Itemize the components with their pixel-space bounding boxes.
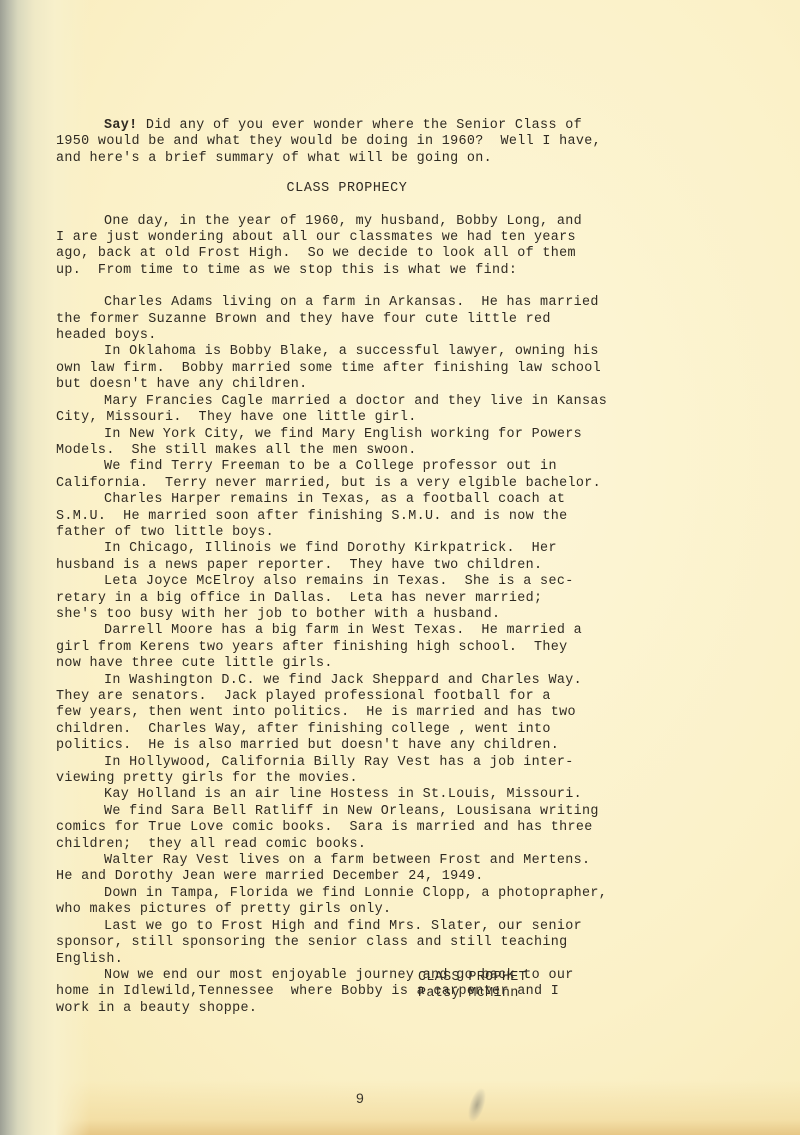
prophecy-paragraph: Kay Holland is an air line Hostess in St… bbox=[56, 787, 676, 803]
prophecy-paragraph: In Chicago, Illinois we find Dorothy Kir… bbox=[56, 541, 676, 574]
document-body: Say! Did any of you ever wonder where th… bbox=[56, 118, 676, 1017]
section-heading: CLASS PROPHECY bbox=[56, 181, 676, 197]
prophecy-paragraph: We find Sara Bell Ratliff in New Orleans… bbox=[56, 804, 676, 853]
prophecy-paragraphs: Charles Adams living on a farm in Arkans… bbox=[56, 295, 676, 1017]
prophecy-paragraph: Mary Francies Cagle married a doctor and… bbox=[56, 394, 676, 427]
signature-title: CLASS PROPHET bbox=[418, 970, 527, 986]
signature-name: Patsy McMinn bbox=[418, 986, 527, 1002]
signature-block: CLASS PROPHET Patsy McMinn bbox=[418, 970, 527, 1003]
prophecy-paragraph: Walter Ray Vest lives on a farm between … bbox=[56, 853, 676, 886]
prophecy-paragraph: Charles Adams living on a farm in Arkans… bbox=[56, 295, 676, 344]
intro-exclamation: Say! bbox=[104, 118, 138, 133]
paragraph-gap bbox=[56, 279, 676, 295]
prophecy-paragraph: In Oklahoma is Bobby Blake, a successful… bbox=[56, 344, 676, 393]
intro-paragraph: Say! Did any of you ever wonder where th… bbox=[56, 118, 676, 134]
prophecy-paragraph: We find Terry Freeman to be a College pr… bbox=[56, 459, 676, 492]
page-number: 9 bbox=[356, 1090, 364, 1106]
prophecy-paragraph: Down in Tampa, Florida we find Lonnie Cl… bbox=[56, 886, 676, 919]
ink-smudge bbox=[465, 1087, 489, 1124]
scanned-page: Say! Did any of you ever wonder where th… bbox=[0, 0, 800, 1135]
intro-line-1: Did any of you ever wonder where the Sen… bbox=[138, 118, 582, 133]
prophecy-paragraph: Darrell Moore has a big farm in West Tex… bbox=[56, 623, 676, 672]
opening-paragraph: One day, in the year of 1960, my husband… bbox=[56, 214, 676, 280]
prophecy-paragraph: Leta Joyce McElroy also remains in Texas… bbox=[56, 574, 676, 623]
prophecy-paragraph: In Hollywood, California Billy Ray Vest … bbox=[56, 755, 676, 788]
intro-paragraph-rest: 1950 would be and what they would be doi… bbox=[56, 134, 676, 167]
prophecy-paragraph: In Washington D.C. we find Jack Sheppard… bbox=[56, 673, 676, 755]
prophecy-paragraph: In New York City, we find Mary English w… bbox=[56, 427, 676, 460]
prophecy-paragraph: Charles Harper remains in Texas, as a fo… bbox=[56, 492, 676, 541]
prophecy-paragraph: Last we go to Frost High and find Mrs. S… bbox=[56, 919, 676, 968]
prophecy-paragraph: Now we end our most enjoyable journey an… bbox=[56, 968, 676, 1017]
